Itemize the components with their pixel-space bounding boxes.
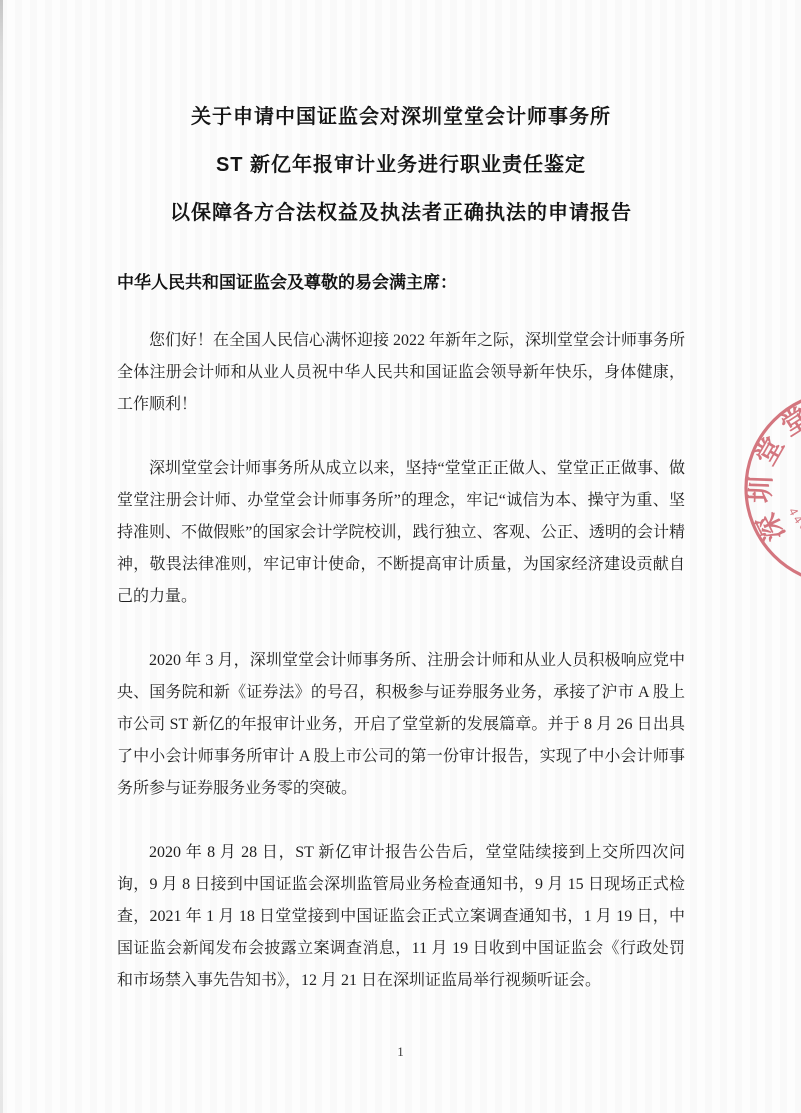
title-line-2: ST 新亿年报审计业务进行职业责任鉴定 <box>117 141 685 189</box>
paragraph-audit-engagement: 2020 年 3 月，深圳堂堂会计师事务所、注册会计师和从业人员积极响应党中央、… <box>117 645 685 805</box>
paragraph-new-year-greeting: 您们好！在全国人民信心满怀迎接 2022 年新年之际，深圳堂堂会计师事务所全体注… <box>117 325 685 421</box>
page-number: 1 <box>0 1044 801 1060</box>
title-line-3: 以保障各方合法权益及执法者正确执法的申请报告 <box>117 189 685 237</box>
company-seal: 深圳堂堂会计师事务所 4403 <box>737 383 801 593</box>
salutation: 中华人民共和国证监会及尊敬的易会满主席： <box>117 267 685 299</box>
title-line-1: 关于申请中国证监会对深圳堂堂会计师事务所 <box>117 93 685 141</box>
company-seal-stamp: 深圳堂堂会计师事务所 4403 <box>737 383 801 593</box>
document-title: 关于申请中国证监会对深圳堂堂会计师事务所 ST 新亿年报审计业务进行职业责任鉴定… <box>117 93 685 237</box>
seal-code-text: 4403 <box>786 505 801 541</box>
paragraph-firm-principles: 深圳堂堂会计师事务所从成立以来，坚持“堂堂正正做人、堂堂正正做事、做堂堂注册会计… <box>117 453 685 613</box>
scan-edge-artifact <box>0 0 3 1113</box>
paragraph-regulatory-timeline: 2020 年 8 月 28 日，ST 新亿审计报告公告后，堂堂陆续接到上交所四次… <box>117 837 685 997</box>
document-page: 关于申请中国证监会对深圳堂堂会计师事务所 ST 新亿年报审计业务进行职业责任鉴定… <box>0 0 801 1113</box>
